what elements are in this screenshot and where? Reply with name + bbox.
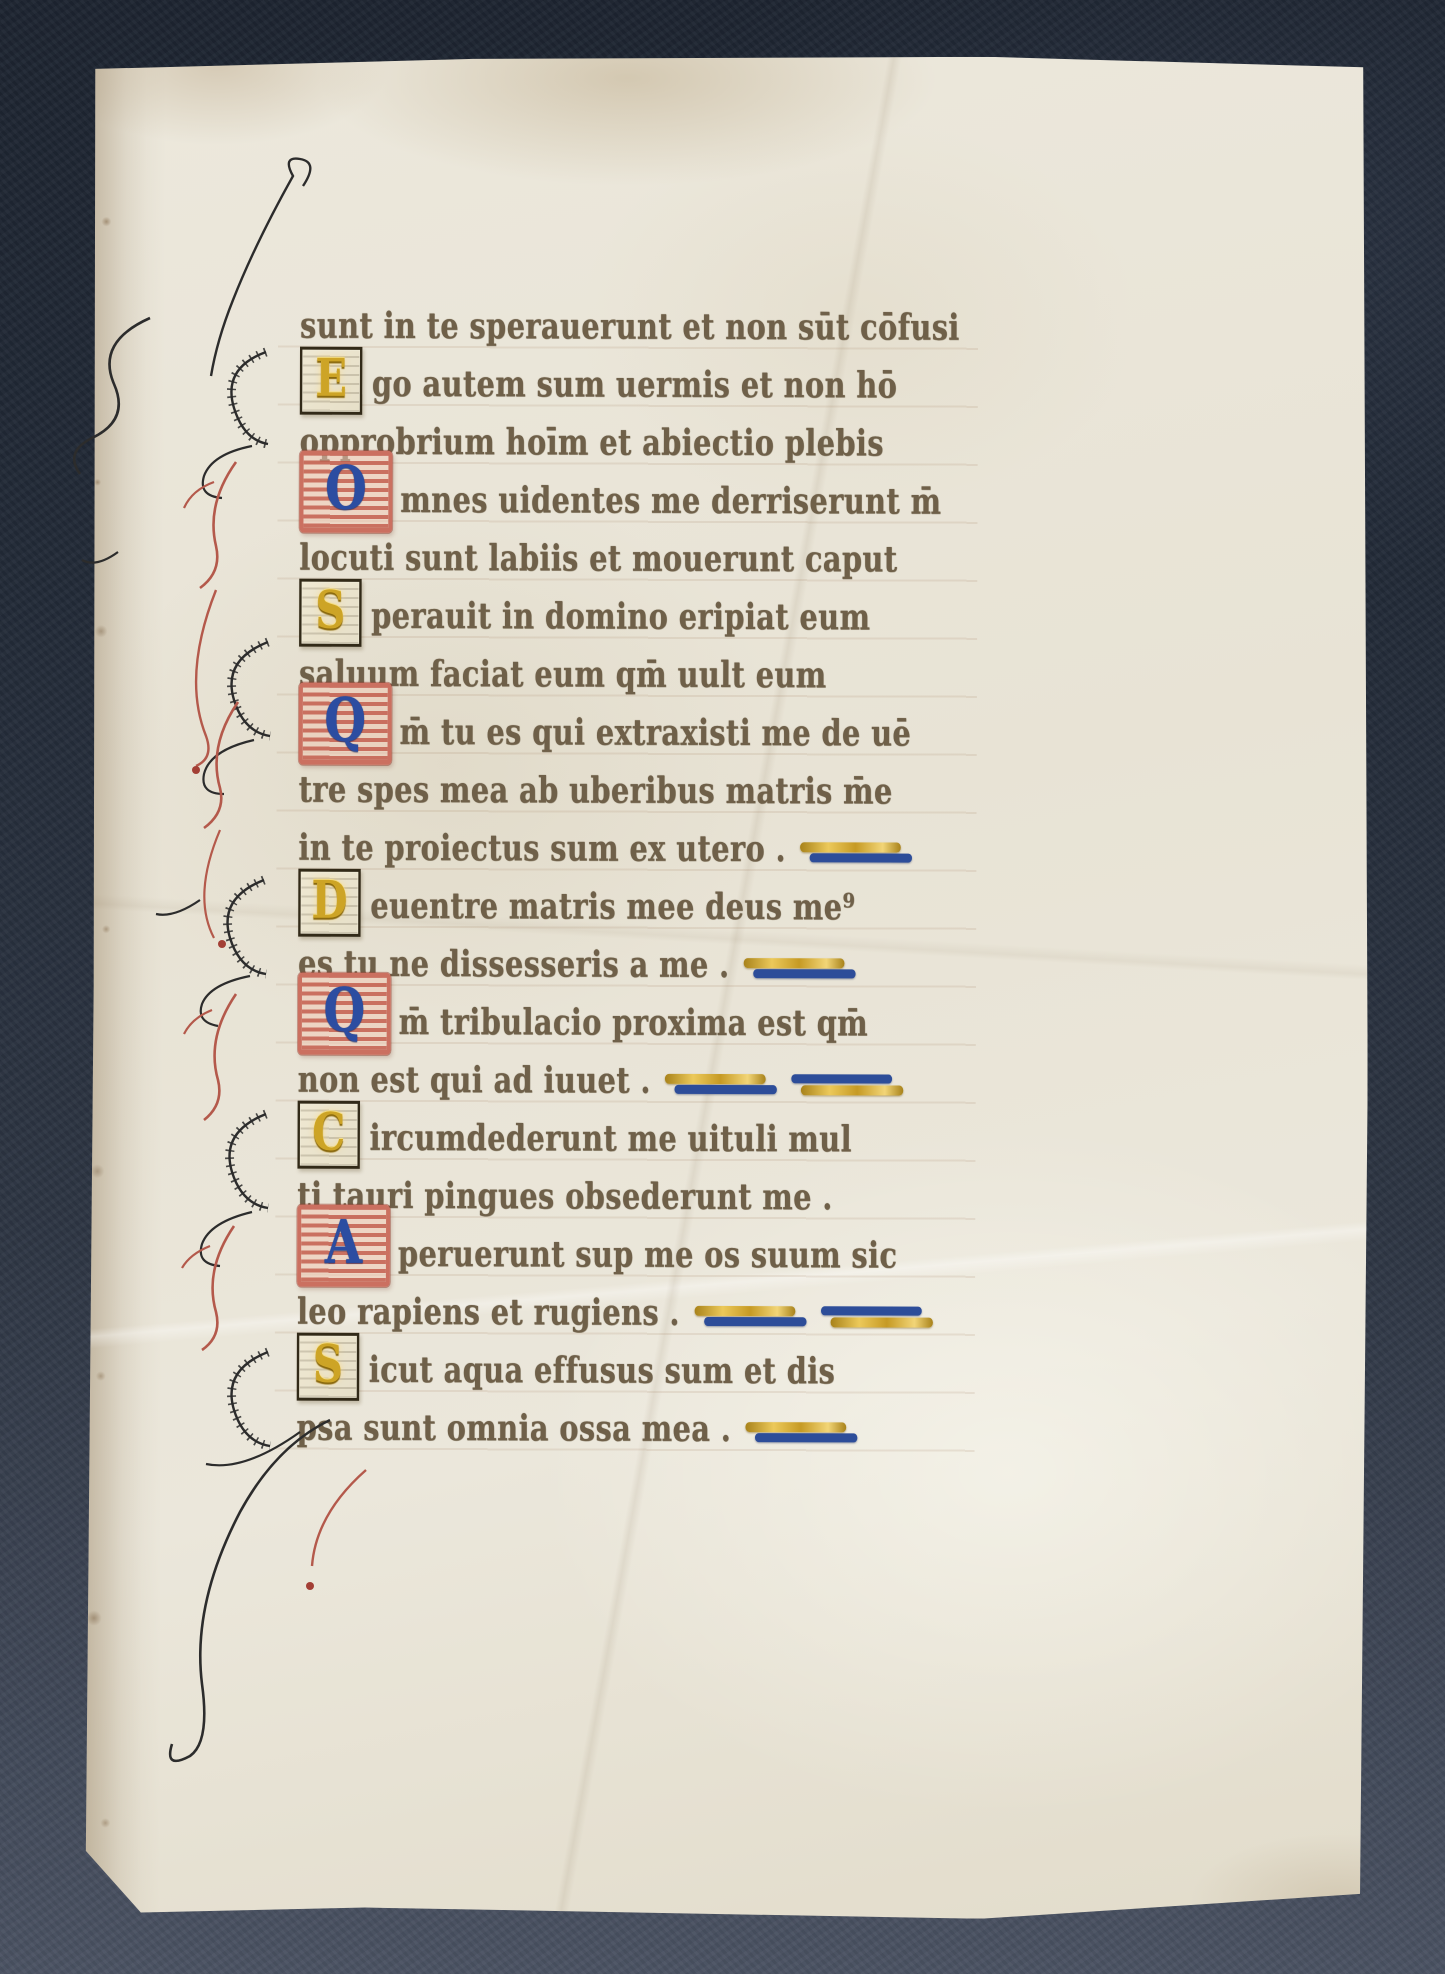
text-line: non est qui ad iuuet . xyxy=(298,1047,842,1107)
text-line: tre spes mea ab uberibus matris m̄e xyxy=(299,757,843,817)
text-line: Deuentre matris mee deus me⁹ xyxy=(298,873,842,933)
text-line: sunt in te sperauerunt et non sūt cōfusi xyxy=(300,293,844,353)
text-line: Omnes uidentes me derriserunt m̄ xyxy=(299,467,843,527)
line-filler xyxy=(800,840,912,864)
manuscript-text: mnes uidentes me derriserunt m̄ xyxy=(400,475,941,527)
line-filler xyxy=(744,956,856,980)
illuminated-initial: A xyxy=(297,1205,390,1287)
text-line: Sicut aqua effusus sum et dis xyxy=(297,1337,841,1397)
manuscript-text: in te proiectus sum ex utero . xyxy=(298,823,786,875)
manuscript-text: leo rapiens et rugiens . xyxy=(297,1287,680,1338)
text-line: Sperauit in domino eripiat eum xyxy=(299,583,843,643)
manuscript-text: psa sunt omnia ossa mea . xyxy=(297,1403,732,1454)
illuminated-initial: O xyxy=(299,451,392,533)
illuminated-initial: S xyxy=(299,579,362,647)
text-line: in te proiectus sum ex utero . xyxy=(298,815,842,875)
manuscript-text: non est qui ad iuuet . xyxy=(298,1055,651,1106)
text-line: leo rapiens et rugiens . xyxy=(297,1279,841,1339)
illuminated-initial: Q xyxy=(299,683,392,765)
illuminated-initial: C xyxy=(297,1101,360,1169)
manuscript-text: sunt in te sperauerunt et non sūt cōfusi xyxy=(300,301,960,353)
manuscript-text: perauit in domino eripiat eum xyxy=(371,591,870,643)
manuscript-text: m̄ tu es qui extraxisti me de uē xyxy=(400,707,912,759)
manuscript-text: tre spes mea ab uberibus matris m̄e xyxy=(299,765,893,817)
manuscript-text: go autem sum uermis et non hō xyxy=(372,359,898,411)
text-line: Qm̄ tribulacio proxima est qm̄ xyxy=(298,989,842,1049)
line-filler xyxy=(821,1304,933,1328)
manuscript-text: m̄ tribulacio proxima est qm̄ xyxy=(399,997,869,1048)
line-filler xyxy=(746,1420,858,1444)
manuscript-text: euentre matris mee deus me⁹ xyxy=(370,881,855,933)
line-filler xyxy=(694,1304,806,1328)
text-line: Circumdederunt me uituli mul xyxy=(297,1105,841,1165)
text-line: Ego autem sum uermis et non hō xyxy=(300,351,844,411)
text-line: Qm̄ tu es qui extraxisti me de uē xyxy=(299,699,843,759)
line-filler xyxy=(792,1072,904,1096)
leaf-gutter-edge xyxy=(83,54,147,1916)
manuscript-text: ircumdederunt me uituli mul xyxy=(369,1113,852,1165)
manuscript-text: locuti sunt labiis et mouerunt caput xyxy=(299,533,897,585)
manuscript-text: peruerunt sup me os suum sic xyxy=(398,1229,898,1281)
illuminated-initial: S xyxy=(297,1333,360,1401)
manuscript-text: icut aqua effusus sum et dis xyxy=(369,1345,836,1396)
illuminated-initial: E xyxy=(300,347,363,415)
illuminated-initial: Q xyxy=(298,973,391,1055)
line-filler xyxy=(665,1072,777,1096)
text-block: sunt in te sperauerunt et non sūt cōfusi… xyxy=(297,293,981,1455)
illuminated-initial: D xyxy=(298,869,361,937)
text-line: locuti sunt labiis et mouerunt caput xyxy=(299,525,843,585)
text-line: psa sunt omnia ossa mea . xyxy=(297,1395,841,1455)
photo-backdrop: { "scene": { "background_color": "#232a3… xyxy=(0,0,1445,1974)
manuscript-leaf: sunt in te sperauerunt et non sūt cōfusi… xyxy=(83,54,1371,1920)
text-line: Aperuerunt sup me os suum sic xyxy=(297,1221,841,1281)
